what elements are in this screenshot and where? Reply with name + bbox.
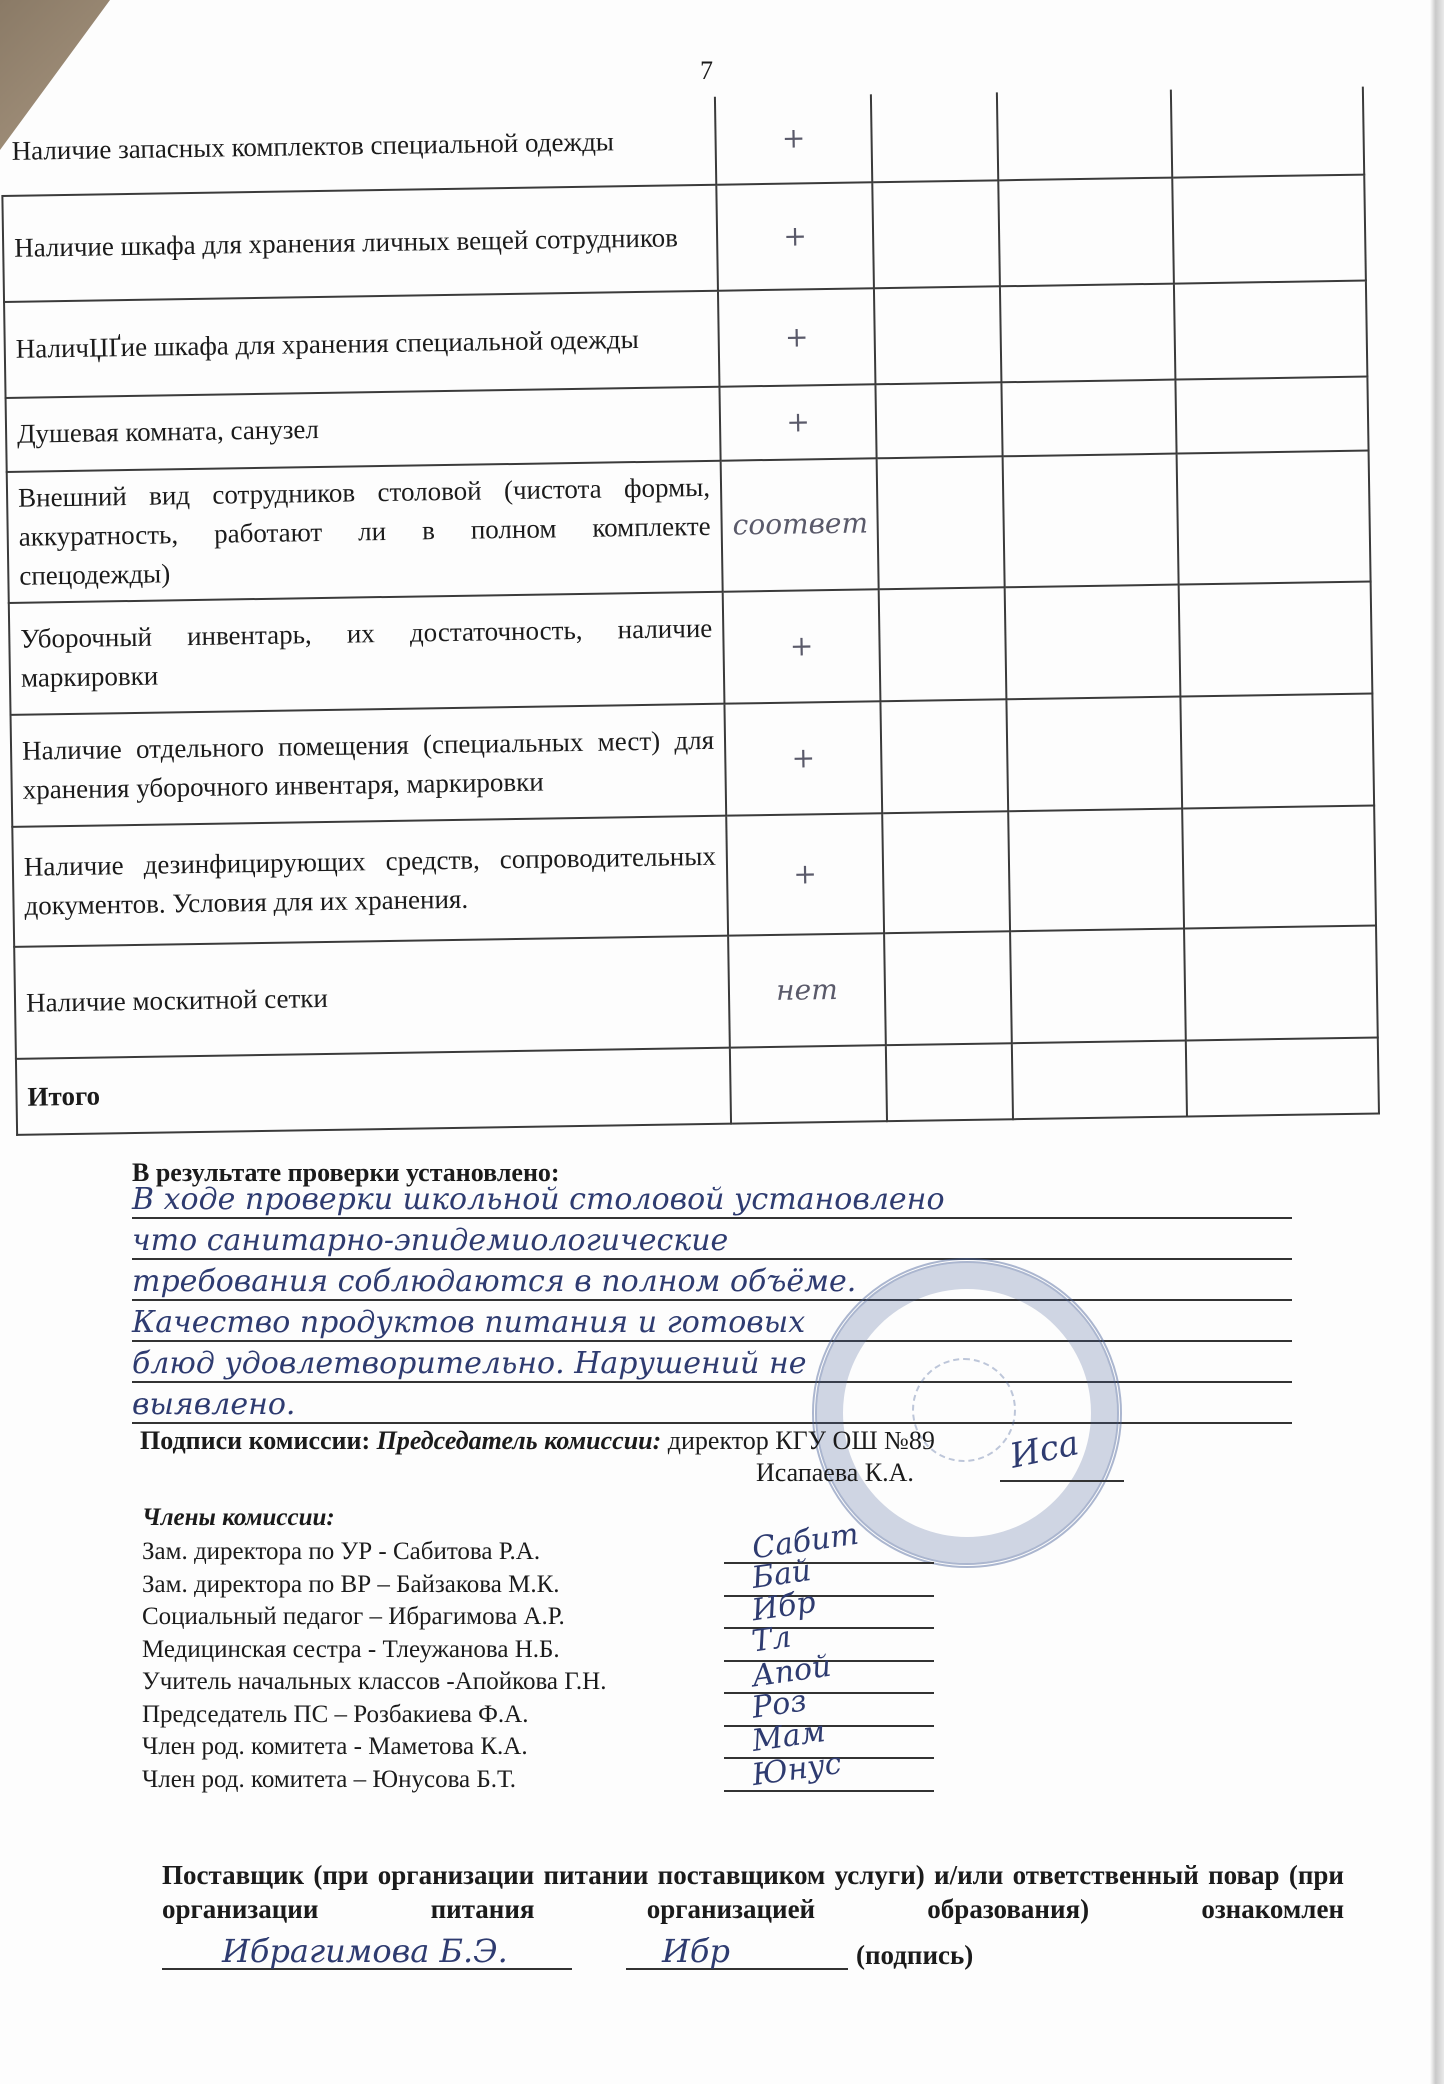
mark-cell: соответ [721, 458, 879, 592]
criterion-cell: Наличие шкафа для хранения личных вещей … [2, 185, 718, 302]
mark-cell: + [724, 702, 882, 816]
empty-cell [1000, 284, 1175, 383]
criterion-cell: Наличие дезинфицирующих средств, сопрово… [12, 816, 728, 947]
empty-cell [879, 588, 1007, 702]
commission-signatures-header: Подписи комиссии: Председатель комиссии:… [140, 1426, 935, 1456]
member-name: Зам. директора по ВР – Байзакова М.К. [142, 1571, 560, 1598]
mark-cell: + [715, 94, 872, 184]
member-row: Учитель начальных классов -Апойкова Г.Н.… [142, 1666, 606, 1699]
empty-cell [1186, 1038, 1379, 1117]
empty-cell [1182, 806, 1376, 929]
criterion-cell: Наличие запасных комплектов специальной … [1, 97, 716, 196]
result-line: что санитарно-эпидемиологические [132, 1219, 1292, 1260]
criterion-cell: Наличие москитной сетки [14, 936, 730, 1059]
page-number: 7 [700, 56, 713, 86]
result-line: Качество продуктов питания и готовых [132, 1301, 1292, 1342]
table-row: Уборочный инвентарь, их достаточность, н… [9, 582, 1373, 715]
empty-cell [875, 382, 1002, 458]
member-row: Член род. комитета - Маметова К.А.Мам [142, 1731, 606, 1764]
empty-cell [1171, 87, 1364, 178]
criterion-cell: Наличие отдельного помещения (специальны… [11, 704, 727, 827]
official-stamp [812, 1258, 1122, 1568]
empty-cell [998, 178, 1174, 287]
members-title: Члены комиссии: [142, 1504, 335, 1532]
empty-cell [1180, 694, 1374, 809]
member-row: Член род. комитета – Юнусова Б.Т.Юнус [142, 1764, 606, 1797]
empty-cell [877, 456, 1005, 589]
member-name: Учитель начальных классов -Апойкова Г.Н. [142, 1668, 606, 1695]
member-name: Председатель ПС – Розбакиева Ф.А. [142, 1701, 528, 1728]
empty-cell [880, 700, 1008, 814]
empty-cell [1172, 175, 1366, 284]
total-label: Итого [16, 1048, 731, 1135]
mark-cell: + [726, 814, 884, 936]
result-line: В ходе проверки школьной столовой устано… [132, 1178, 1292, 1219]
empty-cell [874, 286, 1001, 384]
chair-signature-line [1000, 1480, 1124, 1482]
chair-name: Исапаева К.А. [756, 1458, 914, 1488]
empty-cell [1008, 809, 1184, 932]
supplier-signature: Ибр [662, 1932, 730, 1970]
empty-cell [997, 90, 1172, 181]
mark-cell: + [716, 182, 874, 290]
table-row: Наличие москитной сеткинет [14, 926, 1378, 1059]
empty-cell [1005, 585, 1181, 700]
empty-cell [1175, 377, 1368, 454]
empty-cell [1174, 281, 1367, 380]
inspection-table: Наличие запасных комплектов специальной … [0, 87, 1378, 1137]
empty-cell [871, 92, 998, 182]
mark-cell: + [718, 288, 875, 386]
empty-cell [1179, 582, 1373, 697]
mark-cell: нет [728, 934, 886, 1048]
member-row: Председатель ПС – Розбакиева Ф.А.Роз [142, 1699, 606, 1732]
member-name: Зам. директора по УР - Сабитова Р.А. [142, 1538, 540, 1565]
table-row: Внешний вид сотрудников столовой (чистот… [7, 451, 1371, 604]
supplier-signature-line [626, 1968, 848, 1970]
mark-cell: + [723, 590, 881, 704]
empty-cell [884, 932, 1012, 1046]
member-row: Социальный педагог – Ибрагимова А.Р.Ибр [142, 1601, 606, 1634]
signatures-label: Подписи комиссии: [140, 1426, 370, 1455]
member-row: Медицинская сестра - Тлеужанова Н.Б.Тл [142, 1634, 606, 1667]
table-row: Наличие отдельного помещения (специальны… [11, 694, 1375, 827]
mark-cell: + [719, 384, 876, 460]
member-row: Зам. директора по ВР – Байзакова М.К.Бай [142, 1569, 606, 1602]
empty-cell [1006, 697, 1182, 812]
member-row: Зам. директора по УР - Сабитова Р.А.Саби… [142, 1536, 606, 1569]
criterion-cell: Внешний вид сотрудников столовой (чистот… [7, 461, 723, 604]
empty-cell [1003, 454, 1179, 588]
empty-cell [1184, 926, 1378, 1041]
supplier-acknowledgement: Поставщик (при организации питании поста… [162, 1858, 1344, 1926]
table-row: Наличие дезинфицирующих средств, сопрово… [12, 806, 1376, 947]
supplier-name: Ибрагимова Б.Э. [222, 1932, 508, 1970]
criterion-cell: НаличЏҐие шкафа для хранения специальной… [4, 291, 719, 398]
empty-cell [872, 180, 1000, 288]
criterion-cell: Уборочный инвентарь, их достаточность, н… [9, 592, 725, 715]
chair-position: директор КГУ ОШ №89 [668, 1426, 935, 1455]
empty-cell [730, 1046, 887, 1124]
scan-page-edge [1430, 0, 1444, 2084]
empty-cell [1001, 380, 1176, 457]
member-signature: Тл [750, 1621, 793, 1659]
member-name: Медицинская сестра - Тлеужанова Н.Б. [142, 1636, 560, 1663]
member-name: Член род. комитета – Юнусова Б.Т. [142, 1766, 516, 1793]
empty-cell [886, 1044, 1013, 1122]
result-line: требования соблюдаются в полном объёме. [132, 1260, 1292, 1301]
member-name: Социальный педагог – Ибрагимова А.Р. [142, 1603, 565, 1630]
member-name: Член род. комитета - Маметова К.А. [142, 1733, 528, 1760]
chair-title: Председатель комиссии: [377, 1426, 662, 1455]
empty-cell [1010, 929, 1186, 1044]
empty-cell [882, 812, 1010, 934]
signature-caption: (подпись) [856, 1940, 973, 1971]
empty-cell [1012, 1041, 1187, 1120]
criterion-cell: Душевая комната, санузел [6, 387, 721, 472]
members-list: Зам. директора по УР - Сабитова Р.А.Саби… [142, 1536, 606, 1796]
result-line: блюд удовлетворительно. Нарушений не [132, 1342, 1292, 1383]
supplier-signature-block: Ибрагимова Б.Э. Ибр (подпись) [162, 1932, 1042, 1976]
empty-cell [1177, 451, 1371, 585]
